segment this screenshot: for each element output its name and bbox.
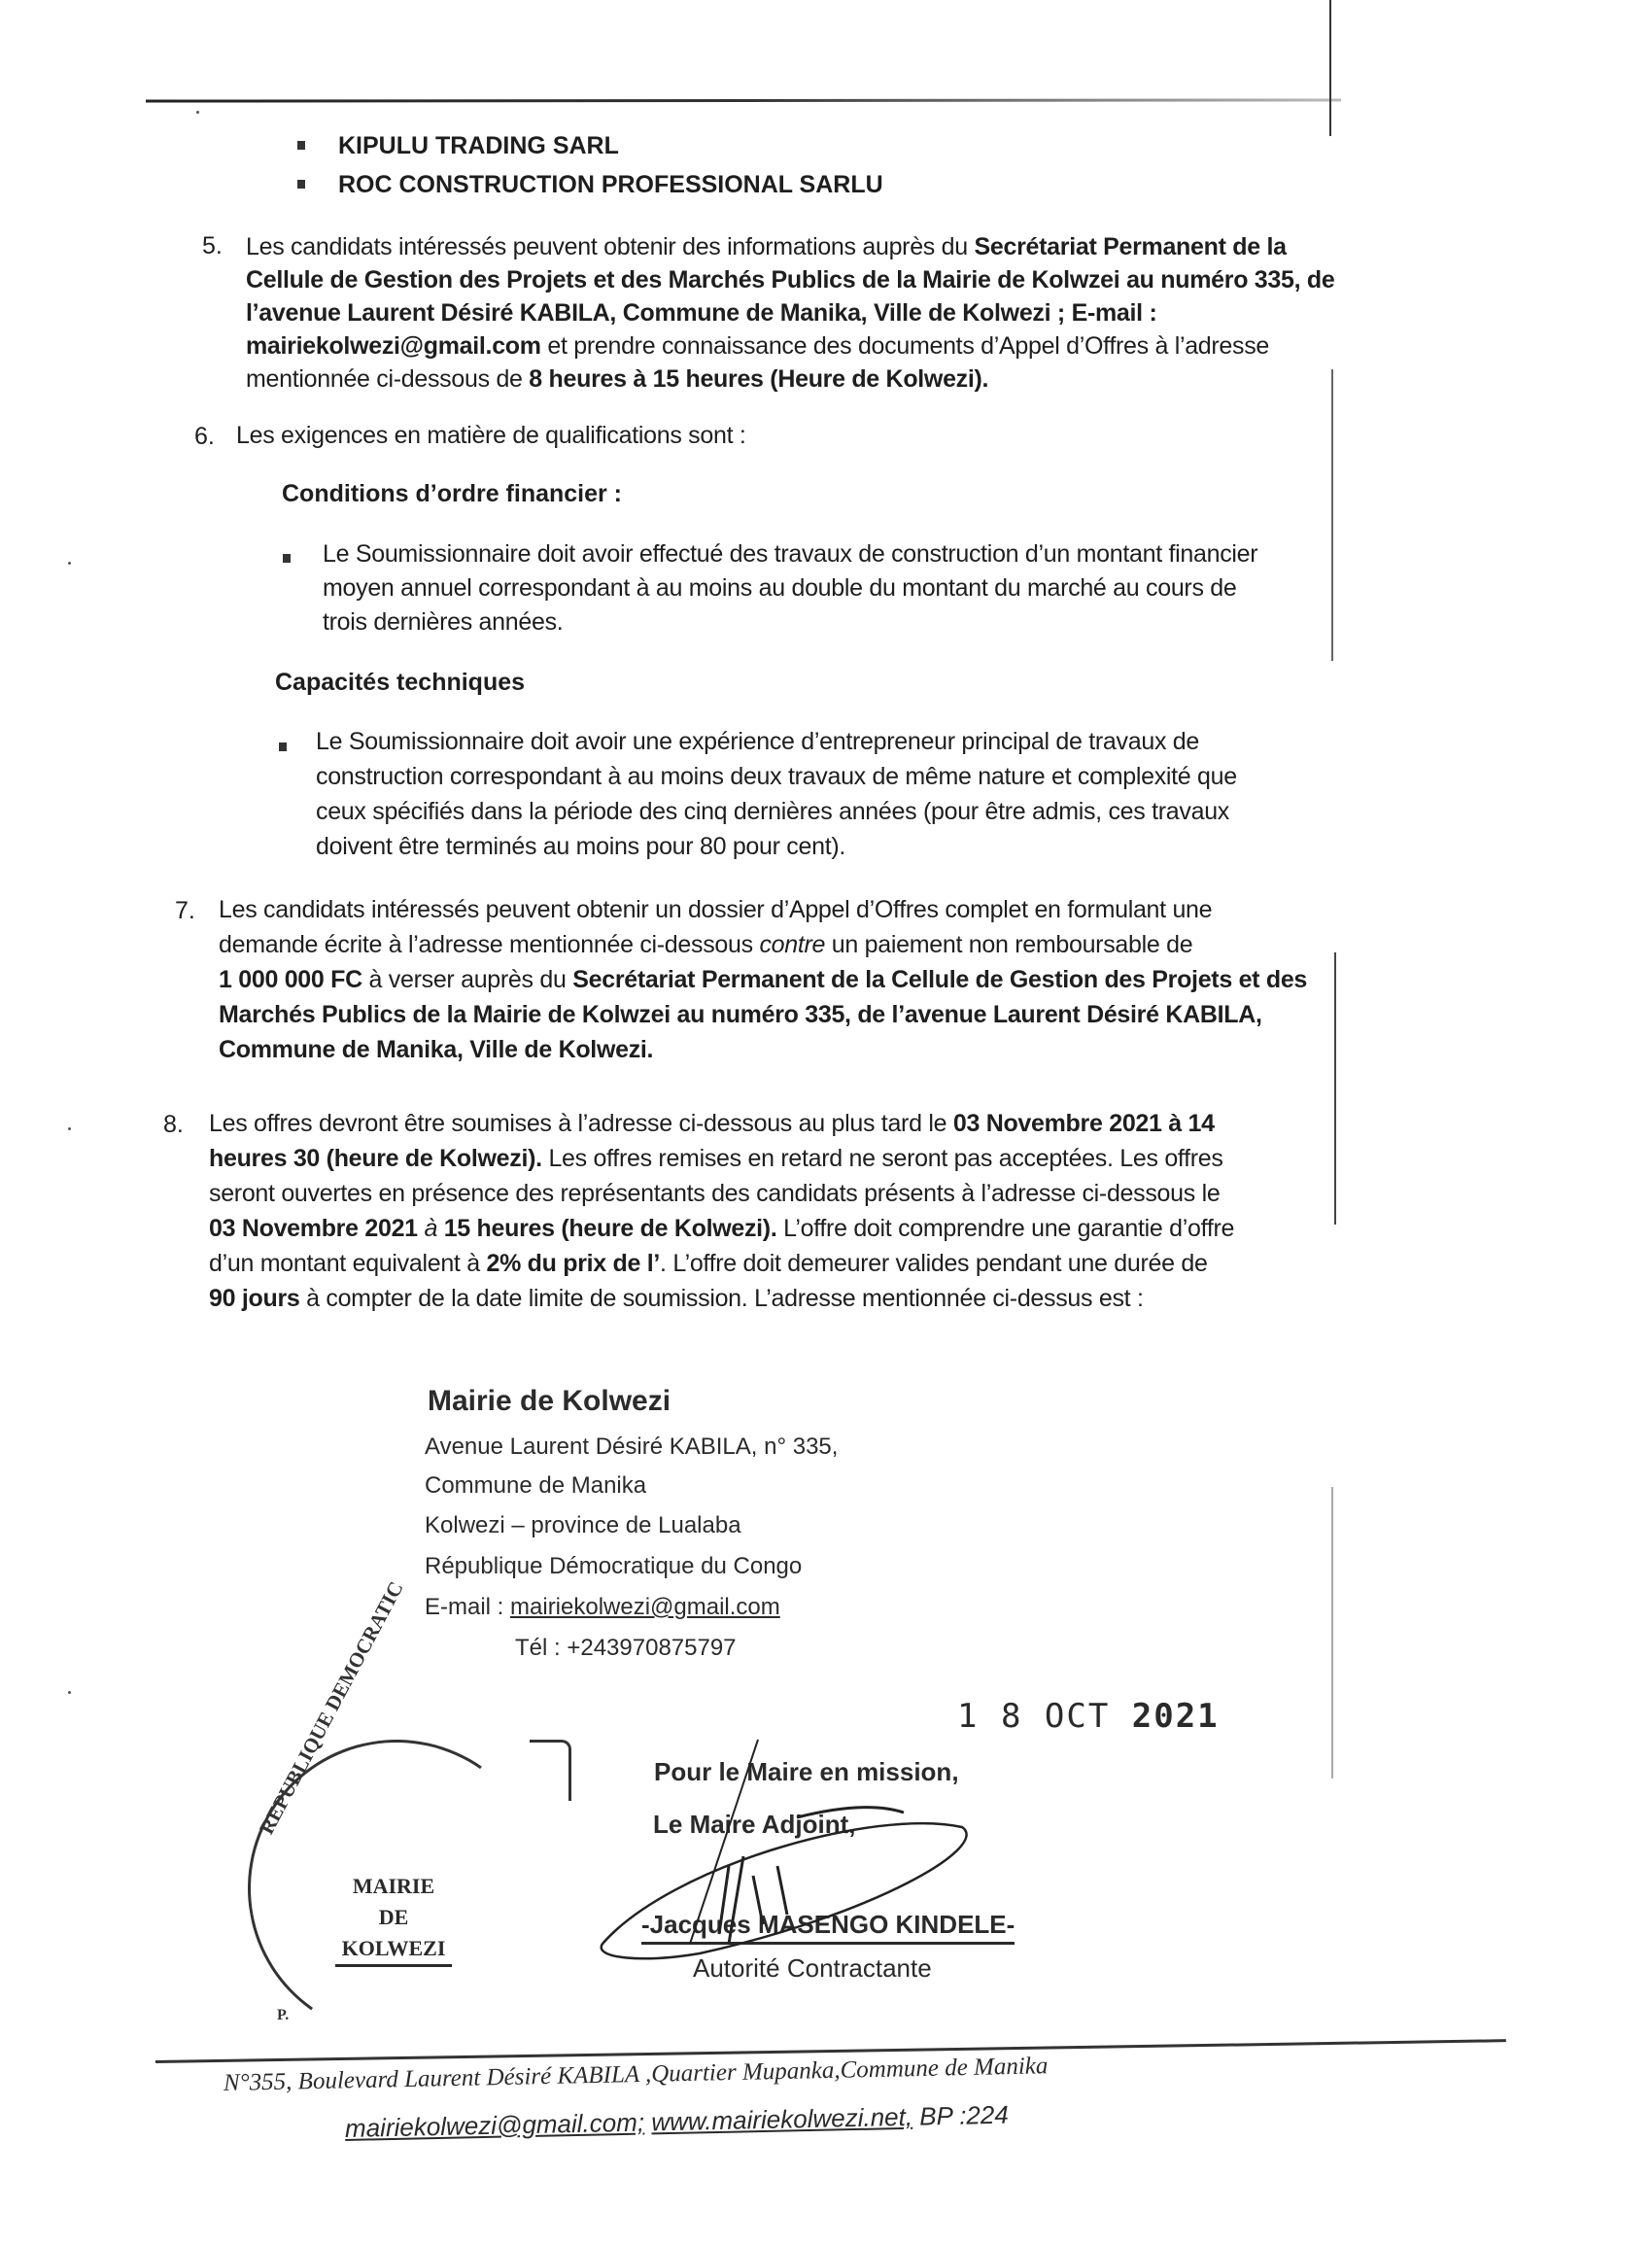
- paragraph-line: Commune de Manika, Ville de Kolwezi.: [219, 1032, 1334, 1067]
- bullet-square-icon: [279, 743, 287, 751]
- paragraph-line: Les candidats intéressés peuvent obtenir…: [219, 892, 1334, 927]
- bullet-square-icon: [283, 554, 291, 563]
- paragraph-line: seront ouvertes en présence des représen…: [209, 1176, 1336, 1211]
- email-label: E-mail :: [425, 1594, 510, 1620]
- company-list: KIPULU TRADING SARL ROC CONSTRUCTION PRO…: [292, 126, 883, 204]
- seal-center-text: MAIRIE DE KOLWEZI: [335, 1871, 452, 1967]
- company-item: KIPULU TRADING SARL: [292, 126, 883, 165]
- scan-edge-line: [1331, 1487, 1333, 1779]
- scan-speck: [68, 562, 71, 565]
- document-page: KIPULU TRADING SARL ROC CONSTRUCTION PRO…: [0, 0, 1652, 2245]
- paragraph-line: Cellule de Gestion des Projets et des Ma…: [246, 262, 1334, 297]
- scan-speck: [68, 1127, 71, 1130]
- footer-po-box: BP :224: [912, 2100, 1009, 2131]
- bullet-square-icon: [297, 180, 305, 189]
- scan-edge-line: [1329, 0, 1331, 136]
- qualifications-intro: Les exigences en matière de qualificatio…: [236, 418, 746, 453]
- bracket-mark: [530, 1740, 571, 1801]
- technical-line: ceux spécifiés dans la période des cinq …: [316, 794, 1229, 829]
- technical-line: Le Soumissionnaire doit avoir une expéri…: [316, 724, 1199, 759]
- paragraph-line: Les offres devront être soumises à l’adr…: [209, 1106, 1336, 1141]
- financial-line: moyen annuel correspondant à au moins au…: [323, 570, 1237, 605]
- footer-contacts: mairiekolwezi@gmail.com; www.mairiekolwe…: [345, 2100, 1009, 2144]
- paragraph-line: demande écrite à l’adresse mentionnée ci…: [219, 927, 1334, 962]
- paragraph-line: 90 jours à compter de la date limite de …: [209, 1281, 1336, 1316]
- paragraph-line: 1 000 000 FC à verser auprès du Secrétar…: [219, 962, 1334, 997]
- seal-bottom-mark: P.: [277, 2007, 289, 2024]
- email-link[interactable]: mairiekolwezi@gmail.com: [510, 1594, 780, 1620]
- item-number: 7.: [175, 894, 195, 927]
- address-line: Kolwezi – province de Lualaba: [425, 1512, 741, 1539]
- address-line: Avenue Laurent Désiré KABILA, n° 335,: [425, 1433, 838, 1461]
- footer-website-link[interactable]: www.mairiekolwezi.net,: [651, 2102, 912, 2137]
- financial-line: Le Soumissionnaire doit avoir effectué d…: [323, 536, 1257, 571]
- technical-line: construction correspondant à au moins de…: [316, 759, 1237, 794]
- bullet-square-icon: [297, 141, 305, 150]
- item-number: 5.: [202, 229, 223, 262]
- scan-speck: [196, 111, 199, 114]
- address-line: Commune de Manika: [425, 1472, 646, 1500]
- paragraph-line: mentionnée ci-dessous de 8 heures à 15 h…: [246, 362, 1334, 397]
- address-email-row: E-mail : mairiekolwezi@gmail.com: [425, 1594, 780, 1621]
- address-phone: Tél : +243970875797: [515, 1635, 737, 1662]
- scan-speck: [68, 1691, 71, 1694]
- paragraph-line: Marchés Publics de la Mairie de Kolwzei …: [219, 997, 1334, 1032]
- paragraph-line: mairiekolwezi@gmail.com et prendre conna…: [246, 328, 1334, 363]
- financial-line: trois dernières années.: [323, 604, 563, 639]
- address-title: Mairie de Kolwezi: [428, 1385, 671, 1418]
- paragraph-line: d’un montant equivalent à 2% du prix de …: [209, 1246, 1336, 1281]
- technical-capacities-heading: Capacités techniques: [275, 666, 525, 699]
- address-line: République Démocratique du Congo: [425, 1553, 802, 1580]
- paragraph-line: l’avenue Laurent Désiré KABILA, Commune …: [246, 295, 1334, 330]
- company-item: ROC CONSTRUCTION PROFESSIONAL SARLU: [292, 165, 883, 204]
- date-stamp: 1 8 OCT 2021: [957, 1697, 1220, 1736]
- item-number: 6.: [194, 420, 215, 453]
- handwritten-signature-icon: [583, 1720, 991, 1973]
- financial-conditions-heading: Conditions d’ordre financier :: [282, 477, 622, 510]
- header-rule: [146, 98, 1341, 102]
- paragraph-line: heures 30 (heure de Kolwezi). Les offres…: [209, 1141, 1336, 1176]
- technical-line: doivent être terminés au moins pour 80 p…: [316, 829, 845, 864]
- footer-email-link[interactable]: mairiekolwezi@gmail.com;: [345, 2108, 645, 2143]
- scan-edge-line: [1331, 369, 1333, 661]
- paragraph-line: Les candidats intéressés peuvent obtenir…: [246, 229, 1334, 264]
- paragraph-line: 03 Novembre 2021 à 15 heures (heure de K…: [209, 1211, 1336, 1246]
- item-number: 8.: [163, 1108, 184, 1141]
